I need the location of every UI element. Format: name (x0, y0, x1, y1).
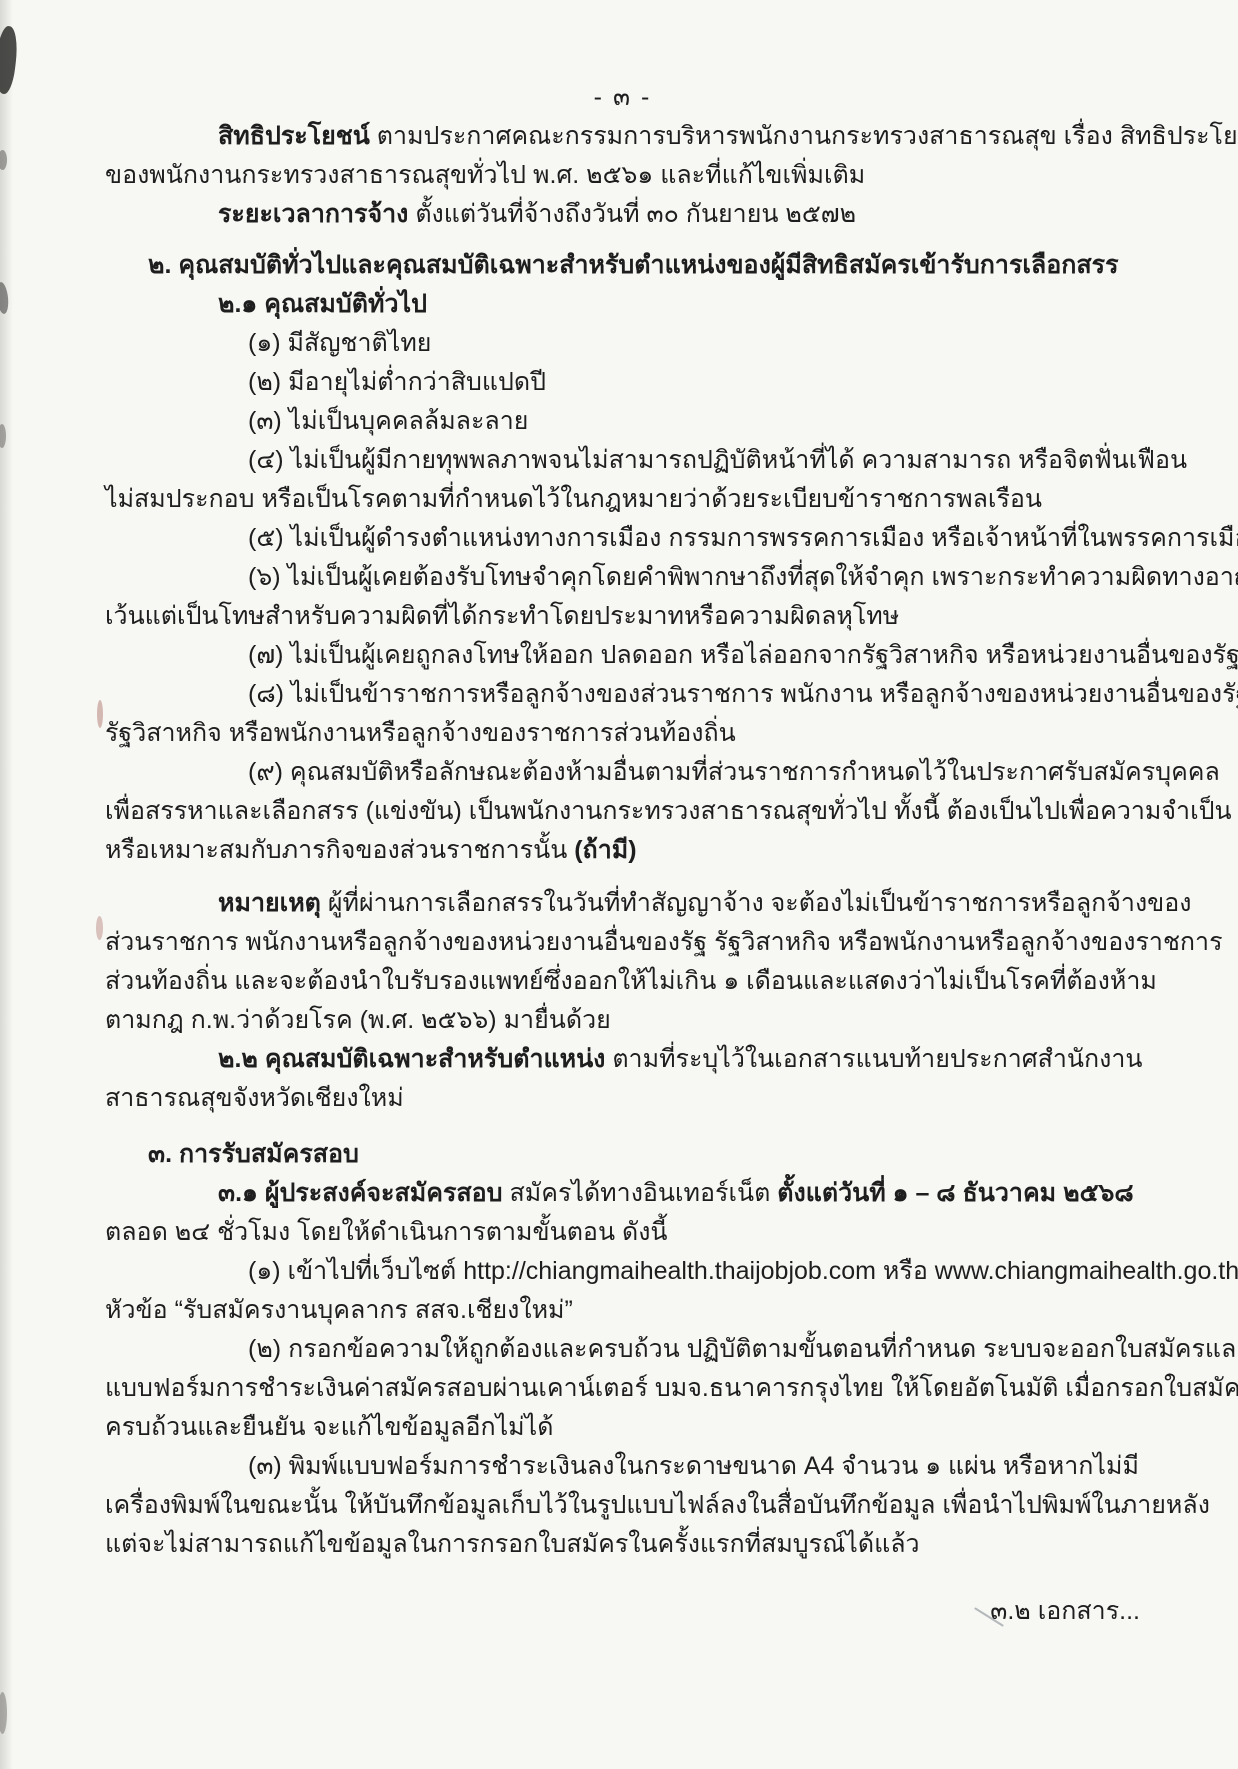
text-line: ตลอด ๒๔ ชั่วโมง โดยให้ดำเนินการตามขั้นตอ… (105, 1213, 1140, 1252)
text-line: หมายเหตุ ผู้ที่ผ่านการเลือกสรรในวันที่ทำ… (218, 884, 1140, 923)
text-run: ระยะเวลาการจ้าง (218, 200, 408, 228)
text-run: (๒) มีอายุไม่ต่ำกว่าสิบแปดปี (248, 368, 546, 396)
text-run: (๓) ไม่เป็นบุคคลล้มละลาย (248, 407, 528, 435)
document-lines: สิทธิประโยชน์ ตามประกาศคณะกรรมการบริหารพ… (105, 117, 1140, 1564)
text-run: ผู้ที่ผ่านการเลือกสรรในวันที่ทำสัญญาจ้าง… (321, 889, 1192, 917)
text-run: ตั้งแต่วันที่จ้างถึงวันที่ ๓๐ กันยายน ๒๕… (408, 200, 856, 228)
text-run: ตั้งแต่วันที่ ๑ – ๘ ธันวาคม ๒๕๖๘ (777, 1179, 1133, 1207)
text-run: ครบถ้วนและยืนยัน จะแก้ไขข้อมูลอีกไม่ได้ (105, 1413, 553, 1441)
text-run: ๓. การรับสมัครสอบ (148, 1140, 359, 1168)
scan-artifact (96, 916, 103, 940)
text-run: ส่วนราชการ พนักงานหรือลูกจ้างของหน่วยงาน… (105, 928, 1223, 956)
scan-artifact (0, 1692, 7, 1734)
text-run: (๒) กรอกข้อความให้ถูกต้องและครบถ้วน ปฏิบ… (248, 1335, 1238, 1363)
text-line: ๒.๑ คุณสมบัติทั่วไป (218, 285, 1140, 324)
text-run: (๗) ไม่เป็นผู้เคยถูกลงโทษให้ออก ปลดออก ห… (248, 641, 1238, 669)
text-line: ระยะเวลาการจ้าง ตั้งแต่วันที่จ้างถึงวันท… (218, 195, 1140, 234)
text-line: ๒. คุณสมบัติทั่วไปและคุณสมบัติเฉพาะสำหรั… (148, 246, 1140, 285)
text-line: สิทธิประโยชน์ ตามประกาศคณะกรรมการบริหารพ… (218, 117, 1140, 156)
text-run: (๘) ไม่เป็นข้าราชการหรือลูกจ้างของส่วนรา… (248, 680, 1238, 708)
text-run: (๔) ไม่เป็นผู้มีกายทุพพลภาพจนไม่สามารถปฏ… (248, 446, 1187, 474)
text-line: (๒) มีอายุไม่ต่ำกว่าสิบแปดปี (248, 363, 1140, 402)
text-run: สาธารณสุขจังหวัดเชียงใหม่ (105, 1084, 404, 1112)
text-line: ส่วนท้องถิ่น และจะต้องนำใบรับรองแพทย์ซึ่… (105, 962, 1140, 1001)
text-run: แต่จะไม่สามารถแก้ไขข้อมูลในการกรอกใบสมัค… (105, 1530, 920, 1558)
text-run: ๓.๑ ผู้ประสงค์จะสมัครสอบ (218, 1179, 503, 1207)
text-run: ตามกฎ ก.พ.ว่าด้วยโรค (พ.ศ. ๒๕๖๖) มายื่นด… (105, 1006, 611, 1034)
text-line: ๒.๒ คุณสมบัติเฉพาะสำหรับตำแหน่ง ตามที่ระ… (218, 1040, 1140, 1079)
page-number: - ๓ - (105, 78, 1140, 117)
text-run: (๖) ไม่เป็นผู้เคยต้องรับโทษจำคุกโดยคำพิพ… (248, 563, 1238, 591)
text-line: (๓) พิมพ์แบบฟอร์มการชำระเงินลงในกระดาษขน… (248, 1447, 1140, 1486)
text-run: แบบฟอร์มการชำระเงินค่าสมัครสอบผ่านเคาน์เ… (105, 1374, 1238, 1402)
scan-artifact (97, 700, 103, 728)
text-run: รัฐวิสาหกิจ หรือพนักงานหรือลูกจ้างของราช… (105, 719, 736, 747)
text-run: ของพนักงานกระทรวงสาธารณสุขทั่วไป พ.ศ. ๒๕… (105, 161, 865, 189)
text-line: (๖) ไม่เป็นผู้เคยต้องรับโทษจำคุกโดยคำพิพ… (248, 558, 1140, 597)
text-line: ๓.๑ ผู้ประสงค์จะสมัครสอบ สมัครได้ทางอินเ… (218, 1174, 1140, 1213)
text-line: เครื่องพิมพ์ในขณะนั้น ให้บันทึกข้อมูลเก็… (105, 1486, 1140, 1525)
text-run: (๙) คุณสมบัติหรือลักษณะต้องห้ามอื่นตามที… (248, 758, 1220, 786)
text-line: หรือเหมาะสมกับภารกิจของส่วนราชการนั้น (ถ… (105, 831, 1140, 870)
text-line: ไม่สมประกอบ หรือเป็นโรคตามที่กำหนดไว้ในก… (105, 480, 1140, 519)
text-run: สมัครได้ทางอินเทอร์เน็ต (503, 1179, 778, 1207)
text-run: ตลอด ๒๔ ชั่วโมง โดยให้ดำเนินการตามขั้นตอ… (105, 1218, 668, 1246)
text-run: หรือเหมาะสมกับภารกิจของส่วนราชการนั้น (105, 836, 574, 864)
text-run: เว้นแต่เป็นโทษสำหรับความผิดที่ได้กระทำโด… (105, 602, 899, 630)
text-line: แต่จะไม่สามารถแก้ไขข้อมูลในการกรอกใบสมัค… (105, 1525, 1140, 1564)
text-run: ๒. คุณสมบัติทั่วไปและคุณสมบัติเฉพาะสำหรั… (148, 251, 1119, 279)
scan-edge-shadow (0, 0, 13, 1769)
scan-artifact (0, 424, 6, 448)
text-line: เพื่อสรรหาและเลือกสรร (แข่งขัน) เป็นพนัก… (105, 792, 1140, 831)
text-run: (๓) พิมพ์แบบฟอร์มการชำระเงินลงในกระดาษขน… (248, 1452, 1139, 1480)
text-run: ๒.๒ คุณสมบัติเฉพาะสำหรับตำแหน่ง (218, 1045, 605, 1073)
scanned-document-page: - ๓ - สิทธิประโยชน์ ตามประกาศคณะกรรมการบ… (0, 0, 1238, 1769)
text-line: (๑) เข้าไปที่เว็บไซต์ http://chiangmaihe… (248, 1252, 1140, 1291)
text-run: (๕) ไม่เป็นผู้ดำรงตำแหน่งทางการเมือง กรร… (248, 524, 1238, 552)
text-line: (๓) ไม่เป็นบุคคลล้มละลาย (248, 402, 1140, 441)
text-line: (๔) ไม่เป็นผู้มีกายทุพพลภาพจนไม่สามารถปฏ… (248, 441, 1140, 480)
text-line: ตามกฎ ก.พ.ว่าด้วยโรค (พ.ศ. ๒๕๖๖) มายื่นด… (105, 1001, 1140, 1040)
text-run: หมายเหตุ (218, 889, 321, 917)
text-line: (๘) ไม่เป็นข้าราชการหรือลูกจ้างของส่วนรา… (248, 675, 1140, 714)
text-line: ครบถ้วนและยืนยัน จะแก้ไขข้อมูลอีกไม่ได้ (105, 1408, 1140, 1447)
continuation-footer: ๓.๒ เอกสาร... (105, 1592, 1140, 1631)
scan-artifact (0, 150, 7, 170)
text-run: (๑) เข้าไปที่เว็บไซต์ http://chiangmaihe… (248, 1257, 1238, 1285)
text-line: ๓. การรับสมัครสอบ (148, 1135, 1140, 1174)
text-run: ๒.๑ คุณสมบัติทั่วไป (218, 290, 427, 318)
scan-artifact (0, 282, 10, 315)
text-line: (๙) คุณสมบัติหรือลักษณะต้องห้ามอื่นตามที… (248, 753, 1140, 792)
text-line: เว้นแต่เป็นโทษสำหรับความผิดที่ได้กระทำโด… (105, 597, 1140, 636)
text-run: ส่วนท้องถิ่น และจะต้องนำใบรับรองแพทย์ซึ่… (105, 967, 1157, 995)
scan-artifact (0, 25, 20, 95)
text-run: (ถ้ามี) (574, 836, 636, 864)
text-line: (๕) ไม่เป็นผู้ดำรงตำแหน่งทางการเมือง กรร… (248, 519, 1140, 558)
text-run: เพื่อสรรหาและเลือกสรร (แข่งขัน) เป็นพนัก… (105, 797, 1232, 825)
text-run: ตามที่ระบุไว้ในเอกสารแนบท้ายประกาศสำนักง… (605, 1045, 1142, 1073)
text-line: ส่วนราชการ พนักงานหรือลูกจ้างของหน่วยงาน… (105, 923, 1140, 962)
text-line: (๒) กรอกข้อความให้ถูกต้องและครบถ้วน ปฏิบ… (248, 1330, 1140, 1369)
text-line: แบบฟอร์มการชำระเงินค่าสมัครสอบผ่านเคาน์เ… (105, 1369, 1140, 1408)
text-run: เครื่องพิมพ์ในขณะนั้น ให้บันทึกข้อมูลเก็… (105, 1491, 1210, 1519)
text-run: สิทธิประโยชน์ (218, 122, 370, 150)
text-run: หัวข้อ “รับสมัครงานบุคลากร สสจ.เชียงใหม่… (105, 1296, 573, 1324)
text-line: (๑) มีสัญชาติไทย (248, 324, 1140, 363)
text-run: (๑) มีสัญชาติไทย (248, 329, 431, 357)
text-line: หัวข้อ “รับสมัครงานบุคลากร สสจ.เชียงใหม่… (105, 1291, 1140, 1330)
text-line: สาธารณสุขจังหวัดเชียงใหม่ (105, 1079, 1140, 1118)
text-line: ของพนักงานกระทรวงสาธารณสุขทั่วไป พ.ศ. ๒๕… (105, 156, 1140, 195)
text-run: ไม่สมประกอบ หรือเป็นโรคตามที่กำหนดไว้ในก… (105, 485, 1042, 513)
text-line: (๗) ไม่เป็นผู้เคยถูกลงโทษให้ออก ปลดออก ห… (248, 636, 1140, 675)
text-line: รัฐวิสาหกิจ หรือพนักงานหรือลูกจ้างของราช… (105, 714, 1140, 753)
text-run: ตามประกาศคณะกรรมการบริหารพนักงานกระทรวงส… (370, 122, 1238, 150)
